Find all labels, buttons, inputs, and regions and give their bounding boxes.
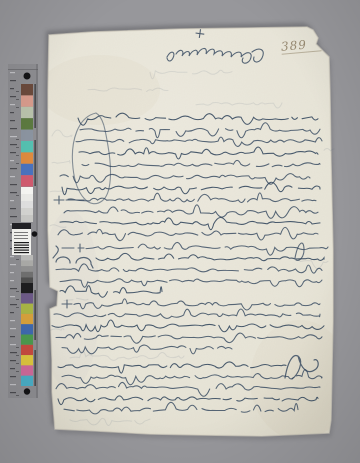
strip-top-rule	[8, 69, 38, 70]
strip-graduation-mark	[16, 139, 19, 140]
strip-graduation-mark	[10, 360, 16, 361]
strip-graduation-mark	[16, 259, 19, 260]
heading-cross-mark: +	[193, 25, 207, 42]
strip-graduation-mark	[10, 264, 16, 265]
strip-graduation-mark	[10, 136, 17, 137]
strip-graduation-mark	[16, 195, 19, 196]
strip-graduation-mark	[16, 155, 19, 156]
strip-graduation-mark	[10, 72, 15, 73]
strip-registration-dot-top	[24, 73, 31, 80]
strip-graduation-mark	[10, 352, 17, 353]
strip-graduation-mark	[10, 336, 15, 337]
barcode-label-header	[12, 223, 31, 229]
strip-graduation-mark	[16, 91, 19, 92]
barcode-label-text-line	[14, 235, 28, 236]
strip-graduation-mark	[10, 96, 16, 97]
strip-graduation-mark	[16, 355, 19, 356]
grayscale-step	[21, 201, 33, 208]
strip-graduation-mark	[16, 363, 19, 364]
barcode-bar	[14, 250, 29, 251]
strip-graduation-mark	[16, 307, 19, 308]
grayscale-step	[21, 272, 33, 278]
grayscale-step	[21, 266, 33, 272]
grayscale-step	[21, 194, 33, 201]
strip-registration-dot-bottom	[24, 388, 30, 394]
strip-divider-line	[35, 140, 36, 186]
color-patch	[21, 283, 33, 293]
strip-graduation-mark	[10, 200, 14, 201]
strip-graduation-mark	[10, 280, 14, 281]
strip-graduation-mark	[10, 104, 15, 105]
strip-graduation-mark	[10, 168, 17, 169]
color-patch	[21, 84, 33, 95]
color-patch	[21, 130, 33, 141]
strip-graduation-mark	[10, 304, 17, 305]
strip-graduation-mark	[10, 368, 15, 369]
strip-graduation-mark	[10, 376, 16, 377]
strip-graduation-mark	[10, 88, 14, 89]
strip-graduation-mark	[10, 192, 17, 193]
color-patch	[21, 355, 33, 365]
strip-registration-dot-label	[32, 231, 38, 237]
color-patch	[21, 152, 33, 163]
strip-graduation-mark	[16, 147, 19, 148]
calibration-strip	[8, 64, 38, 398]
show-through-mark	[50, 191, 66, 192]
grayscale-step	[21, 208, 33, 215]
scene-photograph	[0, 0, 360, 463]
barcode-bar	[14, 245, 29, 246]
strip-graduation-mark	[10, 144, 17, 145]
strip-graduation-mark	[10, 392, 16, 393]
strip-graduation-mark	[10, 184, 17, 185]
color-patch	[21, 314, 33, 324]
photo-backdrop: 389 +	[0, 0, 360, 463]
strip-graduation-mark	[10, 344, 16, 345]
strip-graduation-mark	[16, 371, 19, 372]
strip-divider-line	[35, 84, 36, 128]
strip-graduation-mark	[10, 112, 14, 113]
strip-divider-line	[35, 350, 36, 386]
strip-graduation-mark	[16, 107, 19, 108]
color-patch	[21, 175, 33, 186]
color-patch	[21, 324, 33, 334]
strip-graduation-mark	[10, 288, 17, 289]
strip-graduation-mark	[10, 120, 15, 121]
color-patch	[21, 164, 33, 175]
color-patch	[21, 293, 33, 303]
barcode-bar	[14, 252, 29, 253]
strip-graduation-mark	[10, 320, 15, 321]
barcode-label-text-line	[14, 238, 28, 239]
color-patch	[21, 107, 33, 118]
color-patch	[21, 95, 33, 106]
strip-graduation-mark	[16, 291, 19, 292]
grayscale-step	[21, 277, 33, 283]
grayscale-step	[21, 261, 33, 267]
strip-graduation-mark	[10, 160, 14, 161]
color-patch	[21, 345, 33, 355]
color-patch	[21, 118, 33, 129]
strip-graduation-mark	[10, 80, 16, 81]
grayscale-step	[21, 255, 33, 261]
strip-graduation-mark	[16, 299, 19, 300]
grayscale-step	[21, 187, 33, 194]
barcode-bar	[14, 242, 29, 243]
strip-graduation-mark	[10, 216, 17, 217]
strip-graduation-mark	[10, 312, 14, 313]
strip-graduation-mark	[10, 328, 16, 329]
strip-graduation-mark	[10, 208, 16, 209]
color-patch	[21, 141, 33, 152]
barcode-label-text-line	[14, 232, 28, 233]
strip-graduation-mark	[10, 152, 16, 153]
barcode-bar	[14, 247, 29, 248]
grayscale-step	[21, 215, 33, 222]
strip-graduation-mark	[10, 272, 14, 273]
strip-graduation-mark	[10, 296, 15, 297]
strip-graduation-mark	[16, 347, 19, 348]
color-patch	[21, 365, 33, 375]
color-patch	[21, 304, 33, 314]
strip-graduation-mark	[16, 163, 19, 164]
strip-graduation-mark	[16, 99, 19, 100]
strip-graduation-mark	[10, 176, 15, 177]
strip-graduation-mark	[10, 256, 14, 257]
strip-graduation-mark	[10, 384, 16, 385]
strip-right-shade	[36, 64, 38, 398]
color-patch	[21, 376, 33, 386]
strip-divider-line	[35, 290, 36, 340]
strip-graduation-mark	[16, 395, 19, 396]
strip-graduation-mark	[10, 128, 17, 129]
color-patch	[21, 335, 33, 345]
